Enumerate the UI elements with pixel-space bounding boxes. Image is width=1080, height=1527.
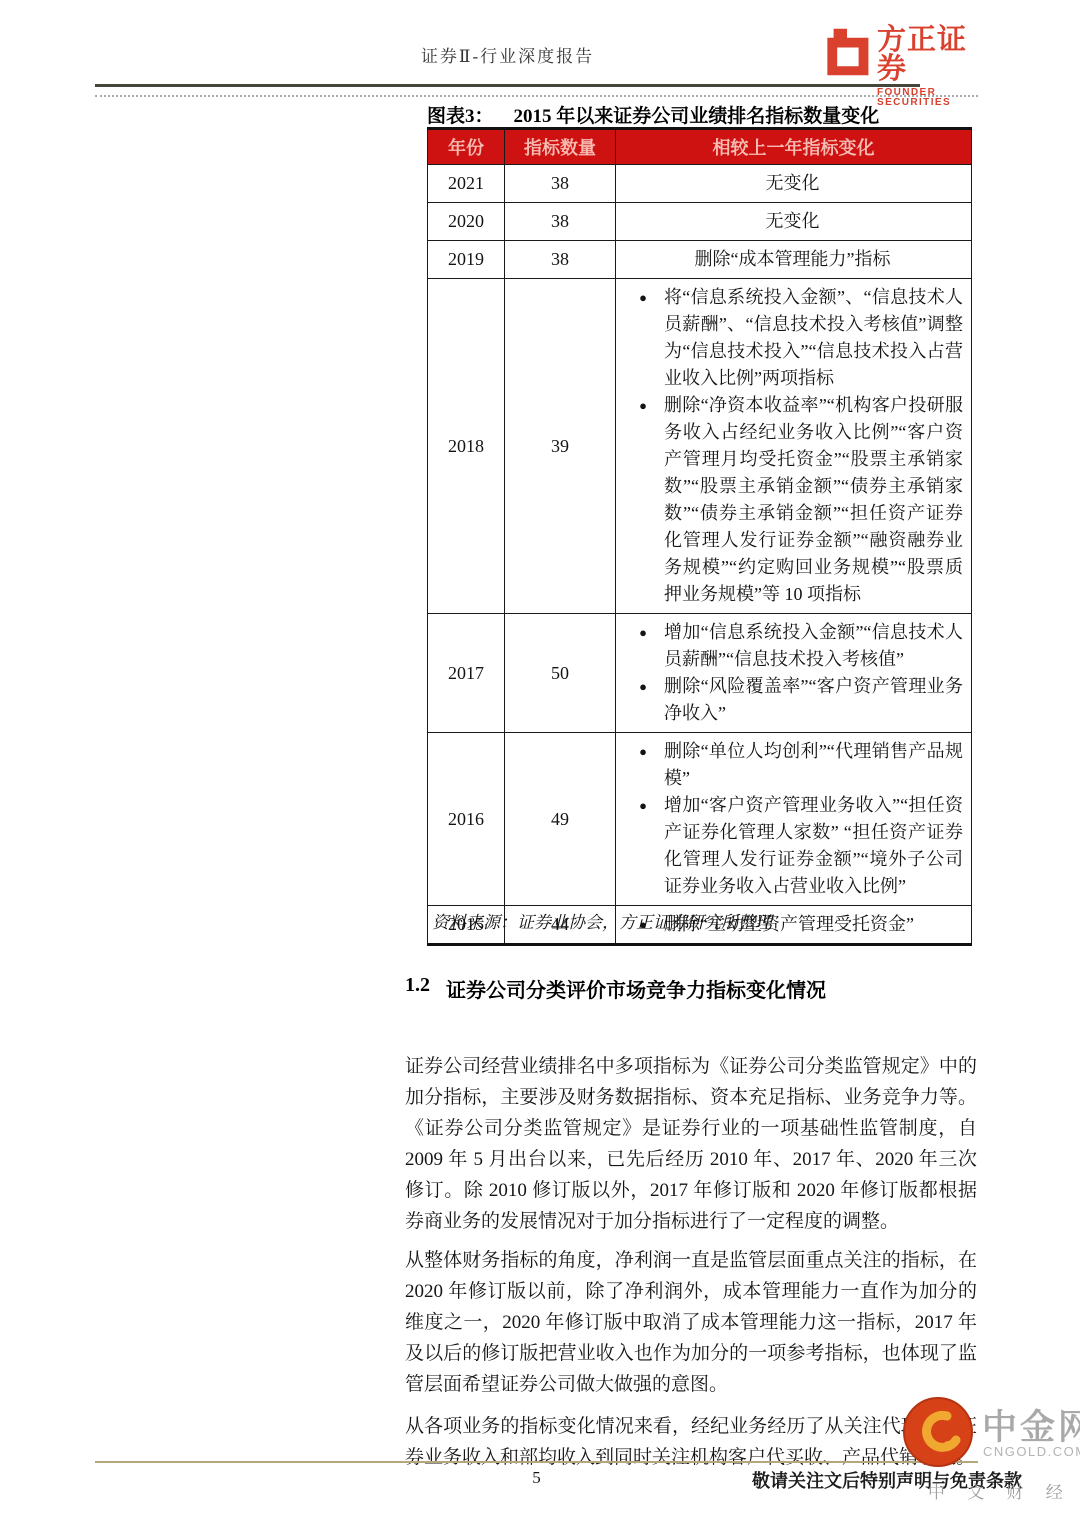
count-cell: 39 [505, 279, 616, 614]
watermark-tagline: 中 文 财 经 新 媒 体 [928, 1478, 1080, 1503]
bullet-icon: ● [622, 392, 664, 608]
change-text: 删除“成本管理能力”指标 [622, 246, 963, 273]
col-header-count: 指标数量 [505, 129, 616, 165]
count-cell: 38 [505, 241, 616, 279]
figure-source: 资料来源：证券业协会，方正证券研究所整理 [432, 908, 772, 933]
count-cell: 38 [505, 165, 616, 203]
year-cell: 2019 [428, 241, 505, 279]
changes-cell: 无变化 [616, 165, 972, 203]
bullet-icon: ● [622, 619, 664, 673]
year-cell: 2020 [428, 203, 505, 241]
year-cell: 2016 [428, 733, 505, 906]
logo-cn-text: 方正证券 [877, 26, 982, 84]
change-text: 将“信息系统投入金额”、“信息技术人员薪酬”、“信息技术投入考核值”调整为“信息… [664, 284, 963, 392]
change-text: 无变化 [622, 170, 963, 197]
footer-rule [95, 1461, 978, 1463]
change-text: 删除“单位人均创利”“代理销售产品规模” [664, 738, 963, 792]
figure-caption: 图表3：2015 年以来证券公司业绩排名指标数量变化 [427, 101, 972, 128]
indicator-table-body: 202138无变化202038无变化201938删除“成本管理能力”指标2018… [428, 165, 972, 945]
change-item: ●将“信息系统投入金额”、“信息技术人员薪酬”、“信息技术投入考核值”调整为“信… [622, 284, 963, 392]
table-row: 201750●增加“信息系统投入金额”“信息技术人员薪酬”“信息技术投入考核值”… [428, 614, 972, 733]
year-cell: 2018 [428, 279, 505, 614]
watermark-name: 中金网 [982, 1400, 1080, 1450]
change-text: 删除“净资本收益率”“机构客户投研服务收入占经纪业务收入比例”“客户资产管理月均… [664, 392, 963, 608]
table-row: 201938删除“成本管理能力”指标 [428, 241, 972, 279]
report-page: 证券Ⅱ-行业深度报告 方正证券 FOUNDER SECURITIES 图表3：2… [0, 0, 1080, 1527]
indicator-table-grid: 年份 指标数量 相较上一年指标变化 202138无变化202038无变化2019… [427, 127, 972, 946]
changes-cell: ●将“信息系统投入金额”、“信息技术人员薪酬”、“信息技术投入考核值”调整为“信… [616, 279, 972, 614]
table-row: 202138无变化 [428, 165, 972, 203]
count-cell: 50 [505, 614, 616, 733]
cngold-logo-icon [902, 1396, 974, 1468]
change-text: 增加“客户资产管理业务收入”“担任资产证券化管理人家数” “担任资产证券化管理人… [664, 792, 963, 900]
change-item: ●删除“净资本收益率”“机构客户投研服务收入占经纪业务收入比例”“客户资产管理月… [622, 392, 963, 608]
change-text: 删除“风险覆盖率”“客户资产管理业务净收入” [664, 673, 963, 727]
watermark-domain: CNGOLD.COM.CN [983, 1444, 1080, 1459]
year-cell: 2021 [428, 165, 505, 203]
col-header-year: 年份 [428, 129, 505, 165]
change-item: ●增加“客户资产管理业务收入”“担任资产证券化管理人家数” “担任资产证券化管理… [622, 792, 963, 900]
change-text: 增加“信息系统投入金额”“信息技术人员薪酬”“信息技术投入考核值” [664, 619, 963, 673]
changes-cell: 删除“成本管理能力”指标 [616, 241, 972, 279]
year-cell: 2017 [428, 614, 505, 733]
founder-logo-icon [822, 26, 872, 83]
table-row: 202038无变化 [428, 203, 972, 241]
table-row: 201839●将“信息系统投入金额”、“信息技术人员薪酬”、“信息技术投入考核值… [428, 279, 972, 614]
change-text: 无变化 [622, 208, 963, 235]
change-item: ●增加“信息系统投入金额”“信息技术人员薪酬”“信息技术投入考核值” [622, 619, 963, 673]
indicator-table: 年份 指标数量 相较上一年指标变化 202138无变化202038无变化2019… [427, 127, 972, 946]
section-heading: 1.2 证券公司分类评价市场竞争力指标变化情况 [405, 974, 826, 1003]
changes-cell: 无变化 [616, 203, 972, 241]
table-header-row: 年份 指标数量 相较上一年指标变化 [428, 129, 972, 165]
changes-cell: ●增加“信息系统投入金额”“信息技术人员薪酬”“信息技术投入考核值”●删除“风险… [616, 614, 972, 733]
section-number: 1.2 [405, 974, 430, 1003]
header-dotted-rule [95, 95, 978, 97]
bullet-icon: ● [622, 673, 664, 727]
body-paragraph: 从整体财务指标的角度，净利润一直是监管层面重点关注的指标，在 2020 年修订版… [405, 1245, 977, 1400]
body-paragraph: 证券公司经营业绩排名中多项指标为《证券公司分类监管规定》中的加分指标，主要涉及财… [405, 1051, 977, 1237]
header-rule [95, 84, 920, 87]
section-title: 证券公司分类评价市场竞争力指标变化情况 [446, 974, 826, 1003]
changes-cell: ●删除“单位人均创利”“代理销售产品规模”●增加“客户资产管理业务收入”“担任资… [616, 733, 972, 906]
count-cell: 49 [505, 733, 616, 906]
bullet-icon: ● [622, 738, 664, 792]
body-paragraph: 从各项业务的指标变化情况来看，经纪业务经历了从关注代理买卖证券业务收入和部均收入… [405, 1411, 977, 1473]
change-item: ●删除“单位人均创利”“代理销售产品规模” [622, 738, 963, 792]
count-cell: 38 [505, 203, 616, 241]
bullet-icon: ● [622, 792, 664, 900]
figure-caption-label: 图表3： [427, 106, 494, 127]
col-header-changes: 相较上一年指标变化 [616, 129, 972, 165]
bullet-icon: ● [622, 284, 664, 392]
table-row: 201649●删除“单位人均创利”“代理销售产品规模”●增加“客户资产管理业务收… [428, 733, 972, 906]
change-item: ●删除“风险覆盖率”“客户资产管理业务净收入” [622, 673, 963, 727]
report-type-header: 证券Ⅱ-行业深度报告 [95, 42, 920, 67]
figure-caption-title: 2015 年以来证券公司业绩排名指标数量变化 [514, 106, 880, 127]
